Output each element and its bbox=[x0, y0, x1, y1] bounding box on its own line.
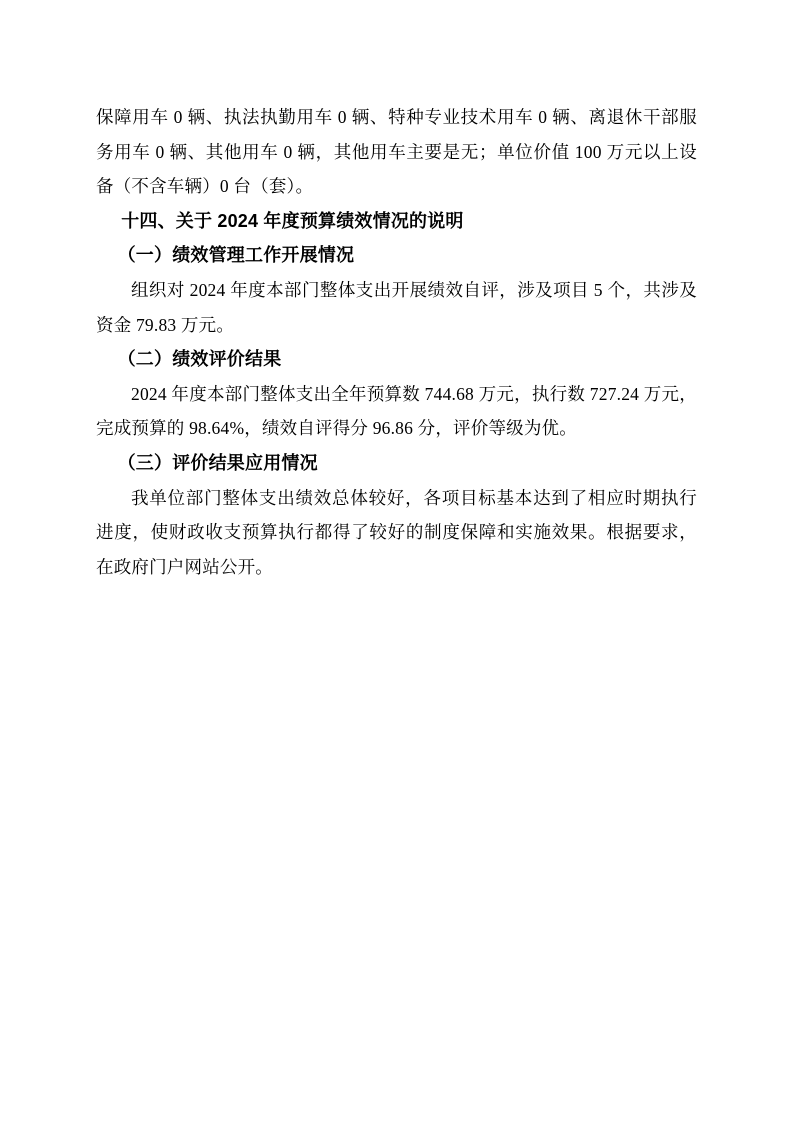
paragraph-results-application-detail: 我单位部门整体支出绩效总体较好，各项目标基本达到了相应时期执行进度，使财政收支预… bbox=[96, 481, 697, 585]
document-body: 保障用车 0 辆、执法执勤用车 0 辆、特种专业技术用车 0 辆、离退休干部服务… bbox=[96, 100, 697, 584]
paragraph-evaluation-results-detail: 2024 年度本部门整体支出全年预算数 744.68 万元，执行数 727.24… bbox=[96, 377, 697, 446]
document-page: 保障用车 0 辆、执法执勤用车 0 辆、特种专业技术用车 0 辆、离退休干部服务… bbox=[0, 0, 793, 1122]
paragraph-vehicle-equipment-continuation: 保障用车 0 辆、执法执勤用车 0 辆、特种专业技术用车 0 辆、离退休干部服务… bbox=[96, 100, 697, 204]
paragraph-performance-self-evaluation: 组织对 2024 年度本部门整体支出开展绩效自评，涉及项目 5 个，共涉及资金 … bbox=[96, 273, 697, 342]
subsection-1-heading-performance-management: （一）绩效管理工作开展情况 bbox=[96, 238, 697, 273]
subsection-3-heading-results-application: （三）评价结果应用情况 bbox=[96, 446, 697, 481]
subsection-2-heading-evaluation-results: （二）绩效评价结果 bbox=[96, 342, 697, 377]
section-14-heading: 十四、关于 2024 年度预算绩效情况的说明 bbox=[96, 204, 697, 239]
